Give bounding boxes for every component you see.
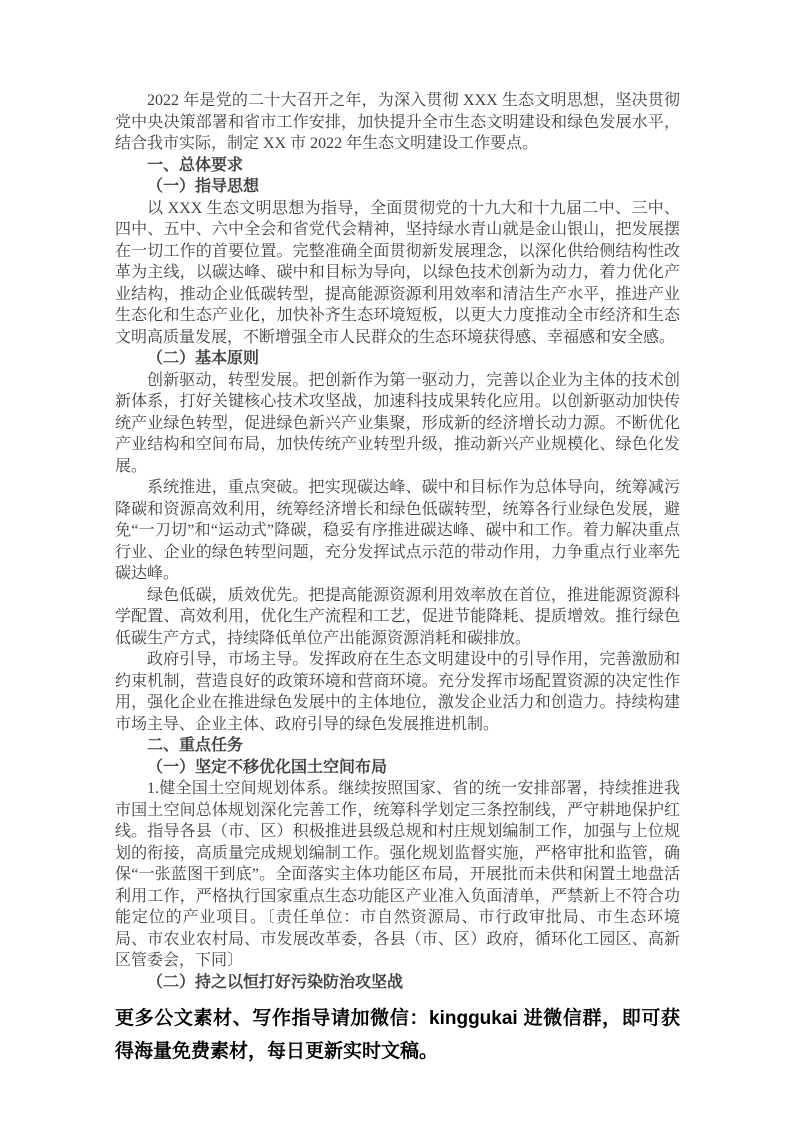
heading-basic-principles: （二）基本原则 xyxy=(115,348,680,370)
heading-guiding-ideology: （一）指导思想 xyxy=(115,176,680,198)
heading-optimize-land-space: （一）坚定不移优化国土空间布局 xyxy=(115,757,680,779)
document-page: 2022 年是党的二十大召开之年，为深入贯彻 XXX 生态文明思想，坚决贯彻党中… xyxy=(0,0,793,1122)
paragraph-land-space-planning: 1.健全国土空间规划体系。继续按照国家、省的统一安排部署，持续推进我市国土空间总… xyxy=(115,778,680,972)
heading-overall-requirements: 一、总体要求 xyxy=(115,155,680,177)
paragraph-systematic-advance: 系统推进，重点突破。把实现碳达峰、碳中和目标作为总体导向，统筹减污降碳和资源高效… xyxy=(115,477,680,585)
paragraph-government-guidance: 政府引导，市场主导。发挥政府在生态文明建设中的引导作用，完善激励和约束机制，营造… xyxy=(115,649,680,735)
intro-paragraph: 2022 年是党的二十大召开之年，为深入贯彻 XXX 生态文明思想，坚决贯彻党中… xyxy=(115,90,680,155)
heading-pollution-prevention: （二）持之以恒打好污染防治攻坚战 xyxy=(115,972,680,994)
paragraph-innovation-driven: 创新驱动，转型发展。把创新作为第一驱动力，完善以企业为主体的技术创新体系，打好关… xyxy=(115,370,680,478)
paragraph-green-low-carbon: 绿色低碳，质效优先。把提高能源资源利用效率放在首位，推进能源资源科学配置、高效利… xyxy=(115,585,680,650)
heading-key-tasks: 二、重点任务 xyxy=(115,735,680,757)
promo-footer-text: 更多公文素材、写作指导请加微信：kinggukai 进微信群，即可获得海量免费素… xyxy=(115,1002,680,1068)
paragraph-guiding-ideology: 以 XXX 生态文明思想为指导，全面贯彻党的十九大和十九届二中、三中、四中、五中… xyxy=(115,198,680,349)
